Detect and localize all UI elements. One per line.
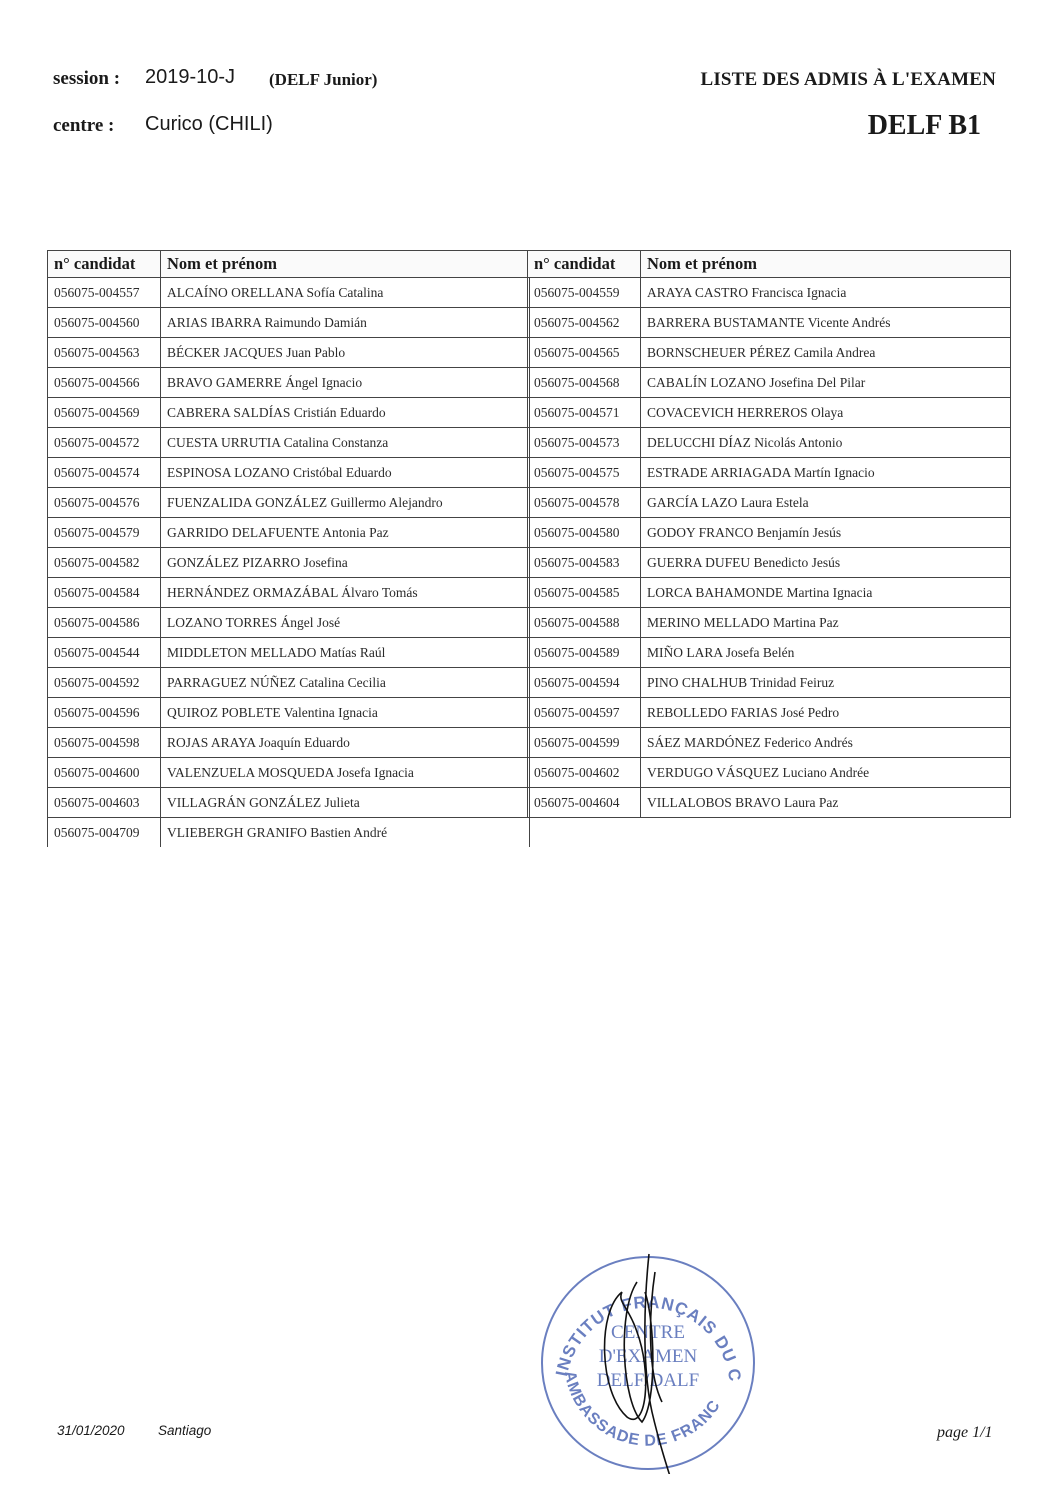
stamp-center-line: CENTRE bbox=[611, 1322, 685, 1343]
table-row: 056075-004563BÉCKER JACQUES Juan Pablo bbox=[48, 338, 530, 368]
table-row: 056075-004572CUESTA URRUTIA Catalina Con… bbox=[48, 428, 530, 458]
candidate-number: 056075-004560 bbox=[48, 308, 161, 338]
candidate-name: CABRERA SALDÍAS Cristián Eduardo bbox=[161, 398, 530, 428]
candidate-name: BORNSCHEUER PÉREZ Camila Andrea bbox=[641, 338, 1011, 368]
official-stamp: INSTITUT FRANÇAIS DU CHILI AMBASSADE DE … bbox=[537, 1252, 759, 1474]
table-row: 056075-004589MIÑO LARA Josefa Belén bbox=[528, 638, 1011, 668]
session-label: session : bbox=[53, 68, 120, 90]
candidate-number: 056075-004588 bbox=[528, 608, 641, 638]
candidate-name: GARRIDO DELAFUENTE Antonia Paz bbox=[161, 518, 530, 548]
session-value: 2019-10-J bbox=[145, 66, 235, 89]
candidate-number: 056075-004569 bbox=[48, 398, 161, 428]
table-row: 056075-004598ROJAS ARAYA Joaquín Eduardo bbox=[48, 728, 530, 758]
stamp-center-line: D'EXAMEN bbox=[599, 1346, 698, 1367]
candidate-name: VILLAGRÁN GONZÁLEZ Julieta bbox=[161, 788, 530, 818]
table-row: 056075-004588MERINO MELLADO Martina Paz bbox=[528, 608, 1011, 638]
table-row: 056075-004604VILLALOBOS BRAVO Laura Paz bbox=[528, 788, 1011, 818]
candidate-number: 056075-004579 bbox=[48, 518, 161, 548]
candidate-name: SÁEZ MARDÓNEZ Federico Andrés bbox=[641, 728, 1011, 758]
centre-label: centre : bbox=[53, 115, 114, 137]
table-row: 056075-004599SÁEZ MARDÓNEZ Federico Andr… bbox=[528, 728, 1011, 758]
candidate-number: 056075-004563 bbox=[48, 338, 161, 368]
column-header-name: Nom et prénom bbox=[161, 251, 530, 278]
candidate-name: BRAVO GAMERRE Ángel Ignacio bbox=[161, 368, 530, 398]
candidate-number: 056075-004586 bbox=[48, 608, 161, 638]
page-number: page 1/1 bbox=[937, 1424, 993, 1442]
candidate-name: BÉCKER JACQUES Juan Pablo bbox=[161, 338, 530, 368]
table-row: 056075-004597REBOLLEDO FARIAS José Pedro bbox=[528, 698, 1011, 728]
candidate-name: MERINO MELLADO Martina Paz bbox=[641, 608, 1011, 638]
candidate-name: VALENZUELA MOSQUEDA Josefa Ignacia bbox=[161, 758, 530, 788]
column-header-id: n° candidat bbox=[528, 251, 641, 278]
table-row: 056075-004709VLIEBERGH GRANIFO Bastien A… bbox=[48, 818, 530, 848]
candidate-name: ALCAÍNO ORELLANA Sofía Catalina bbox=[161, 278, 530, 308]
footer-date: 31/01/2020 bbox=[57, 1423, 125, 1438]
list-title: LISTE DES ADMIS À L'EXAMEN bbox=[700, 69, 996, 91]
candidate-name: FUENZALIDA GONZÁLEZ Guillermo Alejandro bbox=[161, 488, 530, 518]
candidate-name: PARRAGUEZ NÚÑEZ Catalina Cecilia bbox=[161, 668, 530, 698]
candidate-name: VLIEBERGH GRANIFO Bastien André bbox=[161, 818, 530, 848]
candidate-name: VILLALOBOS BRAVO Laura Paz bbox=[641, 788, 1011, 818]
table-row: 056075-004573DELUCCHI DÍAZ Nicolás Anton… bbox=[528, 428, 1011, 458]
candidate-number: 056075-004565 bbox=[528, 338, 641, 368]
table-row: 056075-004568CABALÍN LOZANO Josefina Del… bbox=[528, 368, 1011, 398]
candidate-name: PINO CHALHUB Trinidad Feiruz bbox=[641, 668, 1011, 698]
table-row: 056075-004575ESTRADE ARRIAGADA Martín Ig… bbox=[528, 458, 1011, 488]
candidate-name: REBOLLEDO FARIAS José Pedro bbox=[641, 698, 1011, 728]
candidate-number: 056075-004575 bbox=[528, 458, 641, 488]
table-row: 056075-004562BARRERA BUSTAMANTE Vicente … bbox=[528, 308, 1011, 338]
candidate-name: GODOY FRANCO Benjamín Jesús bbox=[641, 518, 1011, 548]
candidate-number: 056075-004562 bbox=[528, 308, 641, 338]
candidate-name: GONZÁLEZ PIZARRO Josefina bbox=[161, 548, 530, 578]
table-row: 056075-004585LORCA BAHAMONDE Martina Ign… bbox=[528, 578, 1011, 608]
candidate-number: 056075-004596 bbox=[48, 698, 161, 728]
candidate-name: QUIROZ POBLETE Valentina Ignacia bbox=[161, 698, 530, 728]
candidate-name: ESPINOSA LOZANO Cristóbal Eduardo bbox=[161, 458, 530, 488]
candidate-number: 056075-004603 bbox=[48, 788, 161, 818]
candidate-name: COVACEVICH HERREROS Olaya bbox=[641, 398, 1011, 428]
candidate-number: 056075-004580 bbox=[528, 518, 641, 548]
candidate-name: ARAYA CASTRO Francisca Ignacia bbox=[641, 278, 1011, 308]
candidate-number: 056075-004576 bbox=[48, 488, 161, 518]
table-row: 056075-004560ARIAS IBARRA Raimundo Damiá… bbox=[48, 308, 530, 338]
table-row: 056075-004574ESPINOSA LOZANO Cristóbal E… bbox=[48, 458, 530, 488]
table-row: 056075-004583GUERRA DUFEU Benedicto Jesú… bbox=[528, 548, 1011, 578]
candidate-number: 056075-004585 bbox=[528, 578, 641, 608]
candidate-number: 056075-004544 bbox=[48, 638, 161, 668]
candidate-number: 056075-004602 bbox=[528, 758, 641, 788]
candidate-number: 056075-004557 bbox=[48, 278, 161, 308]
candidate-number: 056075-004568 bbox=[528, 368, 641, 398]
candidate-number: 056075-004582 bbox=[48, 548, 161, 578]
candidate-name: DELUCCHI DÍAZ Nicolás Antonio bbox=[641, 428, 1011, 458]
table-row: 056075-004559ARAYA CASTRO Francisca Igna… bbox=[528, 278, 1011, 308]
candidate-number: 056075-004594 bbox=[528, 668, 641, 698]
candidate-number: 056075-004559 bbox=[528, 278, 641, 308]
session-type: (DELF Junior) bbox=[269, 70, 377, 90]
candidate-name: VERDUGO VÁSQUEZ Luciano Andrée bbox=[641, 758, 1011, 788]
table-row: 056075-004603VILLAGRÁN GONZÁLEZ Julieta bbox=[48, 788, 530, 818]
candidate-number: 056075-004574 bbox=[48, 458, 161, 488]
candidate-name: MIÑO LARA Josefa Belén bbox=[641, 638, 1011, 668]
candidate-number: 056075-004572 bbox=[48, 428, 161, 458]
table-row: 056075-004557ALCAÍNO ORELLANA Sofía Cata… bbox=[48, 278, 530, 308]
table-row: 056075-004544MIDDLETON MELLADO Matías Ra… bbox=[48, 638, 530, 668]
candidate-number: 056075-004573 bbox=[528, 428, 641, 458]
candidate-name: GUERRA DUFEU Benedicto Jesús bbox=[641, 548, 1011, 578]
candidate-name: ROJAS ARAYA Joaquín Eduardo bbox=[161, 728, 530, 758]
candidates-table-right: n° candidat Nom et prénom 056075-004559A… bbox=[527, 250, 1011, 818]
table-row: 056075-004586LOZANO TORRES Ángel José bbox=[48, 608, 530, 638]
candidate-number: 056075-004578 bbox=[528, 488, 641, 518]
candidate-number: 056075-004709 bbox=[48, 818, 161, 848]
candidate-number: 056075-004597 bbox=[528, 698, 641, 728]
table-row: 056075-004569CABRERA SALDÍAS Cristián Ed… bbox=[48, 398, 530, 428]
footer-place: Santiago bbox=[158, 1423, 211, 1438]
table-row: 056075-004600VALENZUELA MOSQUEDA Josefa … bbox=[48, 758, 530, 788]
stamp-seal-icon: INSTITUT FRANÇAIS DU CHILI AMBASSADE DE … bbox=[537, 1252, 759, 1474]
table-row: 056075-004584HERNÁNDEZ ORMAZÁBAL Álvaro … bbox=[48, 578, 530, 608]
candidate-name: CABALÍN LOZANO Josefina Del Pilar bbox=[641, 368, 1011, 398]
candidate-number: 056075-004598 bbox=[48, 728, 161, 758]
table-row: 056075-004580GODOY FRANCO Benjamín Jesús bbox=[528, 518, 1011, 548]
table-row: 056075-004579GARRIDO DELAFUENTE Antonia … bbox=[48, 518, 530, 548]
candidate-number: 056075-004600 bbox=[48, 758, 161, 788]
candidate-name: ARIAS IBARRA Raimundo Damián bbox=[161, 308, 530, 338]
candidate-name: ESTRADE ARRIAGADA Martín Ignacio bbox=[641, 458, 1011, 488]
candidate-name: BARRERA BUSTAMANTE Vicente Andrés bbox=[641, 308, 1011, 338]
candidate-name: HERNÁNDEZ ORMAZÁBAL Álvaro Tomás bbox=[161, 578, 530, 608]
table-row: 056075-004594PINO CHALHUB Trinidad Feiru… bbox=[528, 668, 1011, 698]
candidates-table-left: n° candidat Nom et prénom 056075-004557A… bbox=[47, 250, 530, 847]
candidate-name: GARCÍA LAZO Laura Estela bbox=[641, 488, 1011, 518]
candidate-number: 056075-004566 bbox=[48, 368, 161, 398]
table-row: 056075-004571COVACEVICH HERREROS Olaya bbox=[528, 398, 1011, 428]
table-row: 056075-004576FUENZALIDA GONZÁLEZ Guiller… bbox=[48, 488, 530, 518]
candidate-number: 056075-004592 bbox=[48, 668, 161, 698]
column-header-name: Nom et prénom bbox=[641, 251, 1011, 278]
table-row: 056075-004592PARRAGUEZ NÚÑEZ Catalina Ce… bbox=[48, 668, 530, 698]
candidate-number: 056075-004604 bbox=[528, 788, 641, 818]
candidate-number: 056075-004584 bbox=[48, 578, 161, 608]
table-row: 056075-004566BRAVO GAMERRE Ángel Ignacio bbox=[48, 368, 530, 398]
table-row: 056075-004565BORNSCHEUER PÉREZ Camila An… bbox=[528, 338, 1011, 368]
candidate-name: LORCA BAHAMONDE Martina Ignacia bbox=[641, 578, 1011, 608]
candidate-number: 056075-004599 bbox=[528, 728, 641, 758]
exam-level: DELF B1 bbox=[868, 110, 981, 142]
table-row: 056075-004596QUIROZ POBLETE Valentina Ig… bbox=[48, 698, 530, 728]
table-row: 056075-004602VERDUGO VÁSQUEZ Luciano And… bbox=[528, 758, 1011, 788]
table-row: 056075-004578GARCÍA LAZO Laura Estela bbox=[528, 488, 1011, 518]
candidate-name: CUESTA URRUTIA Catalina Constanza bbox=[161, 428, 530, 458]
column-header-id: n° candidat bbox=[48, 251, 161, 278]
candidate-number: 056075-004571 bbox=[528, 398, 641, 428]
candidate-number: 056075-004589 bbox=[528, 638, 641, 668]
centre-value: Curico (CHILI) bbox=[145, 113, 273, 136]
candidate-number: 056075-004583 bbox=[528, 548, 641, 578]
candidate-name: LOZANO TORRES Ángel José bbox=[161, 608, 530, 638]
table-row: 056075-004582GONZÁLEZ PIZARRO Josefina bbox=[48, 548, 530, 578]
candidate-name: MIDDLETON MELLADO Matías Raúl bbox=[161, 638, 530, 668]
